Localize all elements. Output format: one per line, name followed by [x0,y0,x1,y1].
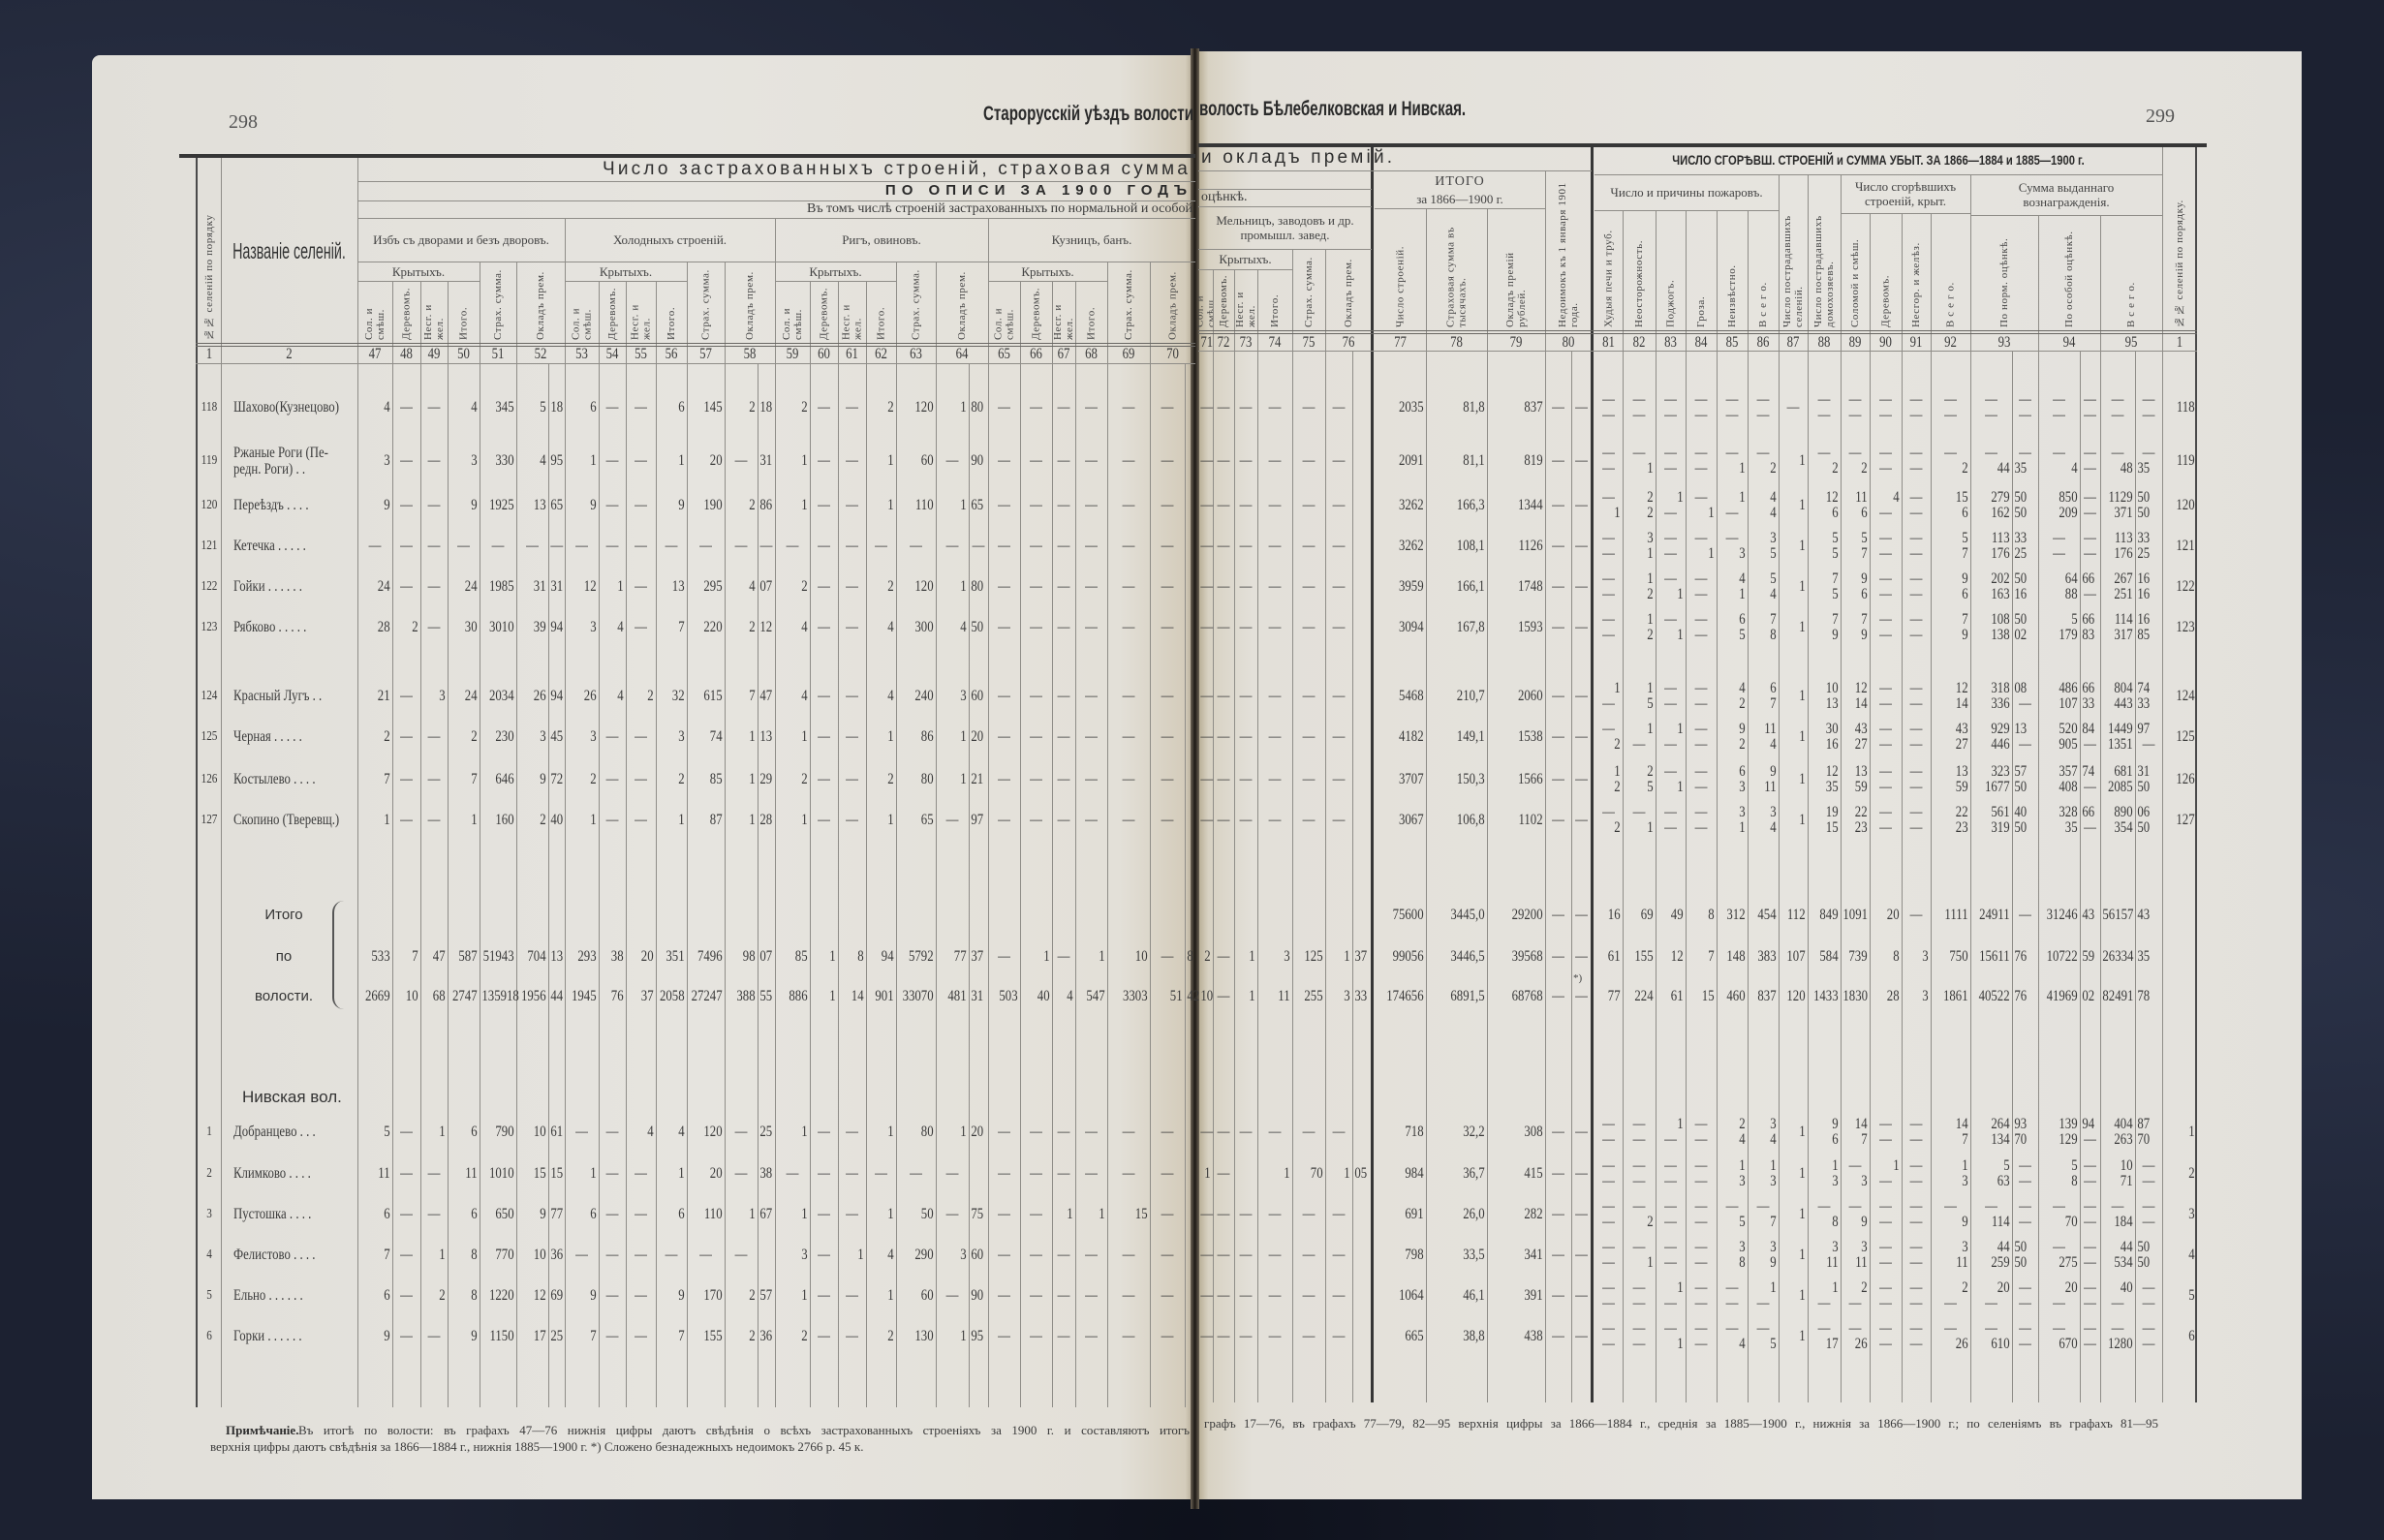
column-number: 64 [936,347,988,362]
cell-col-57: 120 [687,1124,725,1140]
cell-col-47: 1 [357,813,392,828]
column-number: 68 [1075,347,1107,362]
cell-col-69: — [1107,400,1150,416]
column-number: 54 [599,347,626,362]
cell-col-73: — [1234,1207,1257,1222]
cell-col-64-kop: 97 [969,813,988,828]
cell-col-95-rub-upper: 404 [2100,1117,2135,1132]
cell-col-59: — [775,1166,810,1182]
column-header-arrears: Недоимокъ къ 1 января 1901 года. [1545,171,1592,330]
cell-col-95-kop-lower: 25 [2135,546,2162,562]
cell-col-89-lower: 7 [1841,1132,1870,1148]
column-header-84: Гроза. [1686,211,1717,330]
cell-col-77: 3262 [1375,498,1426,513]
cell-col-71: — [1198,1288,1213,1304]
cell-col-68: — [1075,1247,1107,1263]
cell-col-89-upper: — [1841,392,1870,408]
column-rule [1234,269,1235,1402]
column-number: 47 [357,347,392,362]
cell-col-50: 2747 [448,989,480,1004]
cell-col-92-upper: 14 [1931,1117,1970,1132]
cell-col-91-lower: — [1902,1255,1931,1271]
cell-col-61: — [838,729,866,745]
cell-col-52-kop: — [548,539,565,554]
cell-col-55: 37 [626,989,656,1004]
cell-col-52-kop: 95 [548,453,565,469]
cell-col-78: 166,1 [1426,579,1487,595]
cell-col-59: — [775,539,810,554]
cell-col-53: 7 [565,1329,599,1344]
cell-col-93-kop-lower: — [2012,696,2038,712]
cell-col-94-kop-upper: — [2080,1321,2100,1337]
cell-col-58-rub: — [725,539,758,554]
column-number: 81 [1594,335,1623,351]
cell-col-50: 2 [448,729,480,745]
cell-col-90-lower: — [1870,737,1902,753]
village-name: Красный Лугъ . . [233,688,355,705]
cell-col-84-upper: — [1686,1321,1717,1337]
cell-col-56: 3 [656,729,687,745]
cell-col-83-upper: — [1656,764,1686,780]
group-header-2: Холодныхъ строеній. [565,218,775,262]
cell-col-68: — [1075,1124,1107,1140]
column-header-72: Деревомъ. [1213,270,1234,330]
cell-col-84-lower: — [1686,1337,1717,1352]
cell-col-80-rub: — [1545,453,1571,469]
cell-col-82-upper: — [1623,392,1656,408]
cell-col-54: — [599,1329,626,1344]
cell-col-58-kop: 07 [758,579,775,595]
cell-col-93-kop-upper: — [2012,392,2038,408]
cell-col-58-rub: 2 [725,1288,758,1304]
cell-col-95-rub-lower: — [2100,1296,2135,1311]
cell-col-62: 2 [866,400,896,416]
cell-col-81-upper: — [1594,722,1623,737]
cell-col-89-upper: — [1841,1199,1870,1215]
cell-col-68: — [1075,453,1107,469]
cell-col-88-upper: 1 [1808,1280,1841,1296]
column-number: 92 [1931,335,1970,351]
cell-col-village-no: 2 [2162,1166,2197,1182]
cell-col-90-upper: — [1870,764,1902,780]
cell-col-91: 3 [1902,989,1931,1004]
cell-col-95-kop-upper: — [2135,392,2162,408]
cell-col-60: — [810,1207,838,1222]
cell-col-81-upper: 1 [1594,764,1623,780]
cell-col-69: — [1107,579,1150,595]
cell-col-93-kop-upper: 40 [2012,805,2038,820]
cell-col-80-rub: — [1545,908,1571,923]
cell-col-91-upper: — [1902,1199,1931,1215]
column-header-88: Число пострадавшихъ домохозяевъ. [1808,175,1841,330]
cell-col-84-upper: — [1686,446,1717,461]
footnote-line: Въ итогѣ по волости: въ графахъ 47—76 ни… [298,1422,1190,1439]
cell-col-62: 1 [866,1288,896,1304]
cell-col-75: — [1292,1288,1325,1304]
cell-col-88-lower: 16 [1808,737,1841,753]
cell-col-93-kop: 76 [2012,989,2038,1004]
village-name: Черная . . . . . [233,728,355,746]
cell-col-89-upper: 12 [1841,681,1870,696]
cell-col-47: — [357,539,392,554]
column-header-93: По норм. оцѣнкѣ. [1970,216,2038,330]
cell-col-94-kop-lower: 33 [2080,696,2100,712]
cell-col-83-lower: — [1656,1255,1686,1271]
cell-col-94-rub-lower: — [2038,546,2080,562]
cell-col-92: 750 [1931,949,1970,965]
cell-col-79: 819 [1487,453,1545,469]
cell-col-72: — [1213,1124,1234,1140]
cell-col-80-kop: — [1571,1124,1592,1140]
cell-col-66: — [1020,539,1052,554]
cell-col-71: — [1198,1207,1213,1222]
cell-col-52-kop: 25 [548,1329,565,1344]
group-header-burned: Число сгорѣвшихъ строеній, крыт. [1841,174,1970,213]
cell-col-83: 12 [1656,949,1686,965]
cell-col-72: — [1213,729,1234,745]
cell-col-80-kop: — [1571,949,1592,965]
cell-col-94-kop-upper: 66 [2080,571,2100,587]
cell-col-86-upper: — [1748,1199,1779,1215]
cell-col-48: — [392,1166,420,1182]
cell-col-70-kop: 42 [1185,989,1195,1004]
cell-col-76-rub: 1 [1325,1166,1352,1182]
cell-col-50: 6 [448,1124,480,1140]
cell-col-89-upper: 9 [1841,571,1870,587]
cell-col-78: 38,8 [1426,1329,1487,1344]
cell-col-60: — [810,1247,838,1263]
cell-col-63: 50 [896,1207,936,1222]
cell-col-76-rub: — [1325,1124,1352,1140]
column-number: 63 [896,347,936,362]
cell-col-71: — [1198,729,1213,745]
cell-col-94-kop-lower: — [2080,1132,2100,1148]
cell-col-80-rub: — [1545,772,1571,787]
cell-col-70-kop: 8 [1185,949,1195,965]
cell-col-64-kop: 80 [969,579,988,595]
cell-col-83-upper: — [1656,1158,1686,1174]
cell-col-90-upper: — [1870,681,1902,696]
cell-col-60: — [810,620,838,635]
cell-col-89: 1830 [1841,989,1870,1004]
cell-col-81-lower: — [1594,1255,1623,1271]
cell-col-92-upper: — [1931,446,1970,461]
cell-col-90-upper: — [1870,805,1902,820]
cell-col-57: 74 [687,729,725,745]
cell-col-93-rub-upper: — [1970,392,2012,408]
cell-col-91-upper: — [1902,1117,1931,1132]
cell-col-87: 1 [1779,813,1808,828]
cell-col-95-kop-upper: — [2135,1321,2162,1337]
cell-col-70-rub: — [1150,539,1185,554]
cell-col-94-rub-lower: 670 [2038,1337,2080,1352]
cell-col-95-rub-upper: 44 [2100,1240,2135,1255]
cell-col-56: — [656,539,687,554]
cell-col-village-no: 123 [2162,620,2197,635]
cell-col-61: — [838,400,866,416]
row-number: 124 [198,689,221,704]
cell-col-94-rub-lower: 8 [2038,1174,2080,1189]
cell-col-95-kop-lower: — [2135,737,2162,753]
cell-col-54: 1 [599,579,626,595]
cell-col-86-lower: 5 [1748,1337,1779,1352]
cell-col-51: 3010 [480,620,516,635]
cell-col-49: — [420,729,448,745]
cell-col-80-kop: — [1571,498,1592,513]
cell-col-74: — [1257,453,1292,469]
cell-col-67: — [1052,772,1075,787]
cell-col-93-kop-upper: — [2012,446,2038,461]
cell-col-67: — [1052,400,1075,416]
cell-col-47: 21 [357,689,392,704]
column-number: 94 [2038,335,2100,351]
row-number: 121 [198,539,221,554]
cell-col-79: 341 [1487,1247,1545,1263]
cell-col-66: — [1020,498,1052,513]
row-number: 2 [198,1166,221,1182]
cell-col-59: 1 [775,1288,810,1304]
column-header-73: Несг. и жел. [1234,270,1257,330]
cell-col-64-rub: — [936,1288,969,1304]
cell-col-47: 24 [357,579,392,595]
cell-col-77: 174656 [1375,989,1426,1004]
table-subheading-continuation: оцѣнкѣ. [1201,189,1372,206]
cell-col-82-lower: — [1623,1337,1656,1352]
cell-col-80-kop: — [1571,989,1592,1004]
cell-col-93-kop-lower: 50 [2012,780,2038,795]
cell-col-71: — [1198,400,1213,416]
cell-col-67: 1 [1052,1207,1075,1222]
cell-col-94-kop-lower: — [2080,737,2100,753]
cell-col-58-rub: 1 [725,729,758,745]
cell-col-92-lower: 14 [1931,696,1970,712]
cell-col-95-rub-lower: 48 [2100,461,2135,477]
cell-col-72: — [1213,498,1234,513]
cell-col-95-rub-upper: 267 [2100,571,2135,587]
cell-col-47: 533 [357,949,392,965]
cell-col-82: 69 [1623,908,1656,923]
cell-col-88-upper: 12 [1808,764,1841,780]
column-number: 57 [687,347,725,362]
cell-col-90-lower: — [1870,546,1902,562]
cell-col-57: 27247 [687,989,725,1004]
cell-col-94-kop-upper: 94 [2080,1117,2100,1132]
cell-col-58-rub: 2 [725,498,758,513]
cell-col-88-upper: 3 [1808,1240,1841,1255]
cell-col-74: — [1257,689,1292,704]
cell-col-66: — [1020,772,1052,787]
cell-col-74: — [1257,579,1292,595]
cell-col-72: — [1213,1329,1234,1344]
column-header-62: Итого. [866,282,896,343]
cell-col-86-lower: 7 [1748,696,1779,712]
cell-col-93-rub-upper: 929 [1970,722,2012,737]
cell-col-48: 10 [392,989,420,1004]
cell-col-59: 2 [775,772,810,787]
cell-col-57: — [687,539,725,554]
cell-col-53: 9 [565,498,599,513]
cell-col-86-lower: 4 [1748,1132,1779,1148]
cell-col-47: 7 [357,1247,392,1263]
cell-col-79: 1126 [1487,539,1545,554]
cell-col-86-lower: 3 [1748,1174,1779,1189]
cell-col-89-lower: 9 [1841,628,1870,643]
cell-col-93-rub-lower: 336 [1970,696,2012,712]
column-number: 88 [1808,335,1841,351]
cell-col-75: — [1292,579,1325,595]
cell-col-58-kop: 38 [758,1166,775,1182]
cell-col-91-upper: — [1902,1240,1931,1255]
cell-col-48: — [392,579,420,595]
cell-col-86-lower: 4 [1748,587,1779,602]
cell-col-86-upper: — [1748,1321,1779,1337]
cell-col-53: — [565,539,599,554]
cell-col-53: 1 [565,453,599,469]
cell-col-80-kop: — [1571,400,1592,416]
cell-col-88-lower: 17 [1808,1337,1841,1352]
cell-col-66: — [1020,1124,1052,1140]
cell-col-93-rub-upper: — [1970,1199,2012,1215]
cell-col-75: — [1292,1247,1325,1263]
cell-col-94-kop-lower: — [2080,408,2100,423]
cell-col-93-rub: 40522 [1970,989,2012,1004]
cell-col-87: 1 [1779,1247,1808,1263]
cell-col-90: 8 [1870,949,1902,965]
cell-col-79: 1566 [1487,772,1545,787]
cell-col-80-rub: — [1545,1124,1571,1140]
cell-col-69: — [1107,1288,1150,1304]
cell-col-village-no: 119 [2162,453,2197,469]
cell-col-77: 2091 [1375,453,1426,469]
cell-col-88-upper: 19 [1808,805,1841,820]
cell-col-94-rub-lower: 4 [2038,461,2080,477]
cell-col-95-kop-upper: — [2135,446,2162,461]
cell-col-76-rub: — [1325,400,1352,416]
cell-col-90-upper: 4 [1870,490,1902,506]
cell-col-village-no: 122 [2162,579,2197,595]
cell-col-77: 718 [1375,1124,1426,1140]
cell-col-91-lower: — [1902,461,1931,477]
cell-col-95-kop-lower: — [2135,1174,2162,1189]
cell-col-86-upper: 3 [1748,805,1779,820]
cell-col-80-rub: — [1545,689,1571,704]
cell-col-89-upper: 2 [1841,1280,1870,1296]
cell-col-73: — [1234,1329,1257,1344]
cell-col-95-rub-upper: 40 [2100,1280,2135,1296]
cell-col-69: 15 [1107,1207,1150,1222]
cell-col-87: 1 [1779,498,1808,513]
cell-col-88-lower: 9 [1808,628,1841,643]
cell-col-86-upper: 1 [1748,1158,1779,1174]
cell-col-88-lower: — [1808,408,1841,423]
cell-col-80-rub: — [1545,729,1571,745]
cell-col-93-rub-upper: 264 [1970,1117,2012,1132]
cell-col-86-upper: 3 [1748,1240,1779,1255]
cell-col-93-kop-upper: — [2012,1158,2038,1174]
cell-col-94-rub-lower: 88 [2038,587,2080,602]
cell-col-85-upper: 2 [1717,1117,1748,1132]
row-number: 118 [198,400,221,416]
cell-col-84-upper: — [1686,681,1717,696]
cell-col-94-kop-upper: — [2080,1280,2100,1296]
cell-col-91-upper: — [1902,392,1931,408]
cell-col-80-rub: — [1545,989,1571,1004]
cell-col-85-lower: — [1717,1296,1748,1311]
cell-col-60: — [810,813,838,828]
cell-col-86-lower: — [1748,408,1779,423]
cell-col-52-rub: 26 [516,689,548,704]
column-rule [896,262,897,1407]
cell-col-64-kop: 31 [969,989,988,1004]
cell-col-94-kop-upper: 74 [2080,764,2100,780]
cell-col-47: 3 [357,453,392,469]
cell-col-94-rub-lower: 209 [2038,506,2080,521]
cell-col-95-kop-upper: 74 [2135,681,2162,696]
cell-col-47: 9 [357,498,392,513]
cell-col-66: — [1020,1329,1052,1344]
cell-col-83-upper: — [1656,1321,1686,1337]
column-rule [1075,281,1076,1407]
cell-col-84-upper: — [1686,612,1717,628]
cell-col-58-kop: 18 [758,400,775,416]
cell-col-64-kop: 60 [969,689,988,704]
cell-col-63: 120 [896,579,936,595]
cell-col-82-upper: — [1623,446,1656,461]
cell-col-95-kop-lower: 85 [2135,628,2162,643]
column-header-53: Сол. и смѣш. [565,282,599,343]
cell-col-58-rub: 98 [725,949,758,965]
cell-col-71: 1 [1198,1166,1213,1182]
cell-col-95-rub-lower: 71 [2100,1174,2135,1189]
cell-col-89-lower: 6 [1841,587,1870,602]
cell-col-92-lower: — [1931,1296,1970,1311]
cell-col-78: 210,7 [1426,689,1487,704]
cell-col-93-rub-lower: 319 [1970,820,2012,836]
column-number: 61 [838,347,866,362]
cell-col-89-upper: — [1841,1158,1870,1174]
cell-col-71: — [1198,772,1213,787]
cell-col-73: — [1234,1124,1257,1140]
column-rule [1107,262,1108,1407]
cell-col-77: 2035 [1375,400,1426,416]
cell-col-82-upper: 1 [1623,681,1656,696]
cell-col-95-rub-lower: — [2100,408,2135,423]
column-header-86: В с е г о. [1748,211,1779,330]
cell-col-93-kop-lower: — [2012,737,2038,753]
cell-col-79: 282 [1487,1207,1545,1222]
cell-col-71: — [1198,453,1213,469]
cell-col-93-rub-upper: — [1970,1321,2012,1337]
cell-col-81-lower: — [1594,696,1623,712]
cell-col-63: 60 [896,1288,936,1304]
cell-col-58-kop: 36 [758,1329,775,1344]
cell-col-85-upper: 4 [1717,681,1748,696]
column-header-61: Несг. и жел. [838,282,866,343]
cell-col-92-upper: 1 [1931,1158,1970,1174]
cell-col-64-kop: 65 [969,498,988,513]
cell-col-83-lower: 1 [1656,780,1686,795]
cell-col-95-kop-lower: 50 [2135,820,2162,836]
cell-col-53: 6 [565,1207,599,1222]
cell-col-93-kop-lower: 35 [2012,461,2038,477]
cell-col-48: — [392,1247,420,1263]
cell-col-70-rub: — [1150,1247,1185,1263]
cell-col-53: 1 [565,813,599,828]
cell-col-69: — [1107,1247,1150,1263]
cell-col-81: 77 [1594,989,1623,1004]
cell-col-85-lower: — [1717,408,1748,423]
cell-col-81-lower: — [1594,1337,1623,1352]
